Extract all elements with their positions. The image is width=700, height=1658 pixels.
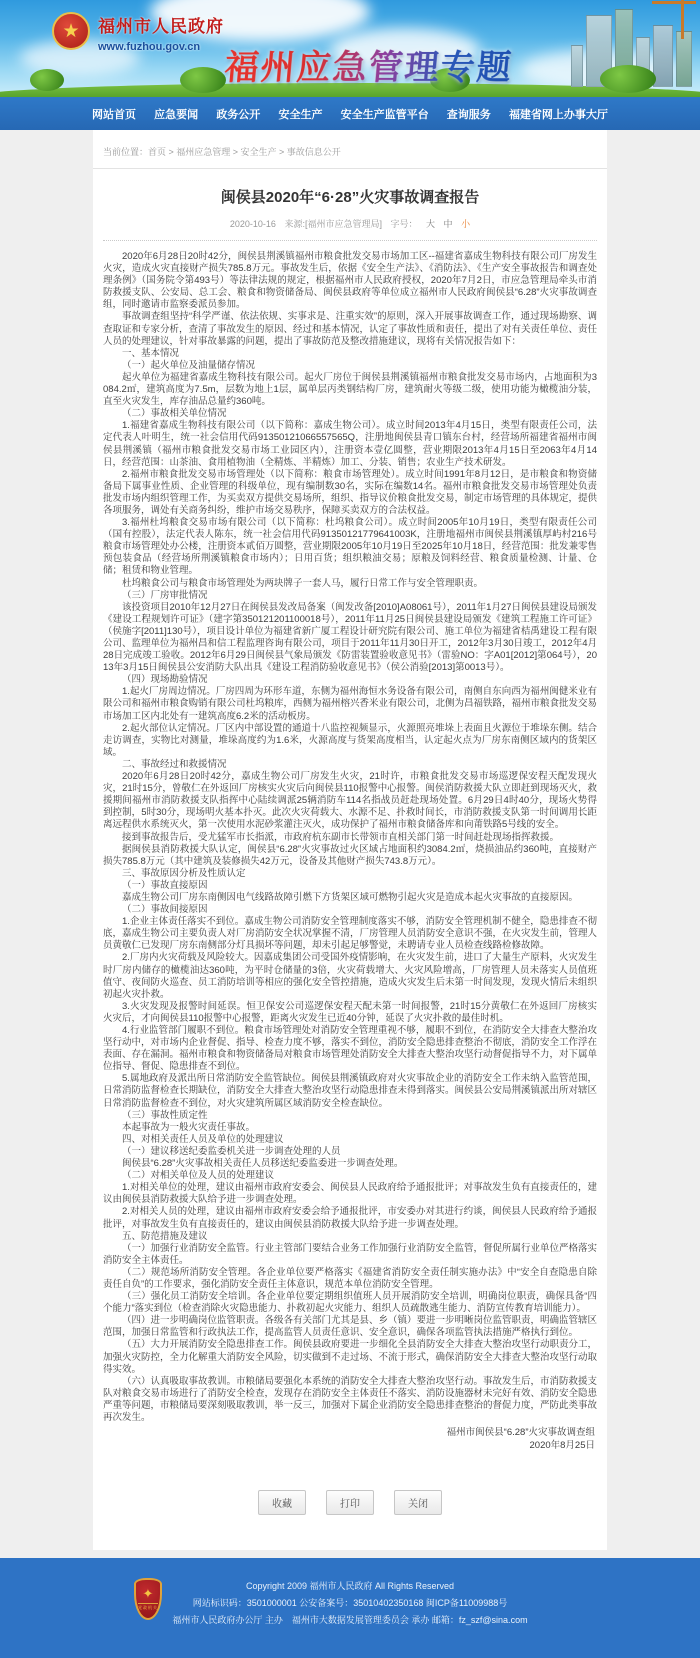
article-paragraph: 2.福州市粮食批发交易市场管理处（以下简称：粮食市场管理处）。成立时间1991年… (103, 469, 597, 517)
article-paragraph: 三、事故原因分析及性质认定 (103, 868, 597, 880)
nav-item[interactable]: 安全生产 (278, 106, 322, 122)
breadcrumb-path[interactable]: 首页 > 福州应急管理 > 安全生产 > 事故信息公开 (148, 147, 341, 157)
nav-item[interactable]: 政务公开 (216, 106, 260, 122)
signature-block: 福州市闽侯县“6.28”火灾事故调查组 2020年8月25日 (93, 1426, 607, 1452)
article-paragraph: 一、基本情况 (103, 348, 597, 360)
article-paragraph: （四）进一步明确岗位监管职责。各级各有关部门尤其是县、乡（镇）要进一步明晰岗位监… (103, 1315, 597, 1339)
nav-item[interactable]: 网站首页 (92, 106, 136, 122)
print-button[interactable]: 打印 (326, 1490, 374, 1515)
footer-organizer: 福州市人民政府办公厅 主办 福州市大数据发展管理委员会 承办 邮箱：fz_szf… (0, 1612, 700, 1629)
article-paragraph: 3.福州杜坞粮食交易市场有限公司（以下简称：杜坞粮食公司）。成立时间2005年1… (103, 517, 597, 577)
action-buttons: 收藏 打印 关闭 (93, 1490, 607, 1515)
article-paragraph: （二）事故相关单位情况 (103, 408, 597, 420)
construction-crane (650, 0, 696, 39)
tree-decoration (180, 67, 226, 93)
tree-decoration (600, 65, 656, 93)
gov-logo[interactable]: ★ 福州市人民政府 www.fuzhou.gov.cn (52, 12, 224, 53)
national-emblem-icon: ★ (52, 12, 90, 50)
page-footer: ✦ 党政机关 Copyright 2009 福州市人民政府 All Rights… (0, 1558, 700, 1658)
article-paragraph: 1.对相关单位的处理，建议由福州市政府安委会、闽侯县人民政府给予通报批评；对事故… (103, 1182, 597, 1206)
breadcrumb: 当前位置：首页 > 福州应急管理 > 安全生产 > 事故信息公开 (93, 130, 607, 169)
font-size-small-button[interactable]: 小 (461, 219, 470, 229)
font-size-label: 字号： (390, 219, 417, 229)
article-paragraph: （三）强化员工消防安全培训。各企业单位要定期组织值班人员开展消防安全培训，明确岗… (103, 1291, 597, 1315)
article-paragraph: 2.起火部位认定情况。厂区内中部设置的通道十八监控视频显示，火源照亮堆垛上表面且… (103, 723, 597, 759)
article-date: 2020-10-16 (230, 219, 276, 229)
article-meta: 2020-10-16 来源:[福州市应急管理局] 字号： 大 中 小 (103, 217, 597, 241)
article-paragraph: 2020年6月28日20时42分，嘉成生物公司厂房发生火灾，21时许，市粮食批发… (103, 771, 597, 831)
article-body: 2020年6月28日20时42分，闽侯县荆溪镇福州市粮食批发交易市场加工区--福… (93, 241, 607, 1424)
article-paragraph: （三）事故性质定性 (103, 1110, 597, 1122)
article-paragraph: 5.属地政府及派出所日常消防安全监管缺位。闽侯县荆溪镇政府对火灾事故企业的消防安… (103, 1073, 597, 1109)
article-paragraph: 1.企业主体责任落实不到位。嘉成生物公司消防安全管理制度落实不够，消防安全管理机… (103, 916, 597, 952)
article-paragraph: 起火单位为福建省嘉成生物科技有限公司。起火厂房位于闽侯县荆溪镇福州市粮食批发交易… (103, 372, 597, 408)
nav-item[interactable]: 安全生产监管平台 (341, 106, 429, 122)
gov-name: 福州市人民政府 (98, 12, 224, 37)
tree-decoration (30, 69, 64, 91)
nav-item[interactable]: 应急要闻 (154, 106, 198, 122)
nav-item[interactable]: 查询服务 (447, 106, 491, 122)
article-paragraph: （五）大力开展消防安全隐患排查工作。闽侯县政府要进一步细化全县消防安全大排查大整… (103, 1339, 597, 1375)
article-source: 来源:[福州市应急管理局] (284, 219, 382, 229)
signature-org: 福州市闽侯县“6.28”火灾事故调查组 (105, 1426, 595, 1439)
article-paragraph: 二、事故经过和救援情况 (103, 759, 597, 771)
main-nav: 网站首页 应急要闻 政务公开 安全生产 安全生产监管平台 查询服务 福建省网上办… (0, 97, 700, 130)
close-button[interactable]: 关闭 (394, 1490, 442, 1515)
article-paragraph: （二）对相关单位及人员的处理建议 (103, 1170, 597, 1182)
article-paragraph: 2020年6月28日20时42分，闽侯县荆溪镇福州市粮食批发交易市场加工区--福… (103, 251, 597, 311)
article-paragraph: 四、对相关责任人员及单位的处理建议 (103, 1134, 597, 1146)
article-paragraph: （一）加强行业消防安全监管。行业主管部门要结合业务工作加强行业消防安全监管，督促… (103, 1243, 597, 1267)
page-title: 闽侯县2020年“6·28”火灾事故调查报告 (101, 186, 599, 207)
article-paragraph: 据闽侯县消防救援大队认定，闽侯县“6.28”火灾事故过火区域占地面积约3084.… (103, 844, 597, 868)
font-size-medium-button[interactable]: 中 (444, 219, 453, 229)
article-paragraph: 1.起火厂房周边情况。厂房四周为环形车道，东侧为福州海恒水务设备有限公司，南侧自… (103, 686, 597, 722)
article-paragraph: （二）规范场所消防安全管理。各企业单位要严格落实《福建省消防安全责任制实施办法》… (103, 1267, 597, 1291)
content-card: 当前位置：首页 > 福州应急管理 > 安全生产 > 事故信息公开 闽侯县2020… (93, 130, 607, 1550)
article-paragraph: （六）认真吸取事故教训。市粮储局要强化本系统的消防安全大排查大整治攻坚行动。事故… (103, 1376, 597, 1424)
footer-record-numbers: 网站标识码：3501000001 公安备案号：35010402350168 闽I… (0, 1595, 700, 1612)
article-paragraph: 2.厂房内火灾荷载及风险较大。因嘉成集团公司受国外疫情影响，在火灾发生前，进口了… (103, 952, 597, 1000)
article-paragraph: 五、防范措施及建议 (103, 1231, 597, 1243)
signature-date: 2020年8月25日 (105, 1439, 595, 1452)
font-size-large-button[interactable]: 大 (426, 219, 435, 229)
gov-url: www.fuzhou.gov.cn (98, 41, 224, 53)
article-paragraph: 1.福建省嘉成生物科技有限公司（以下简称：嘉成生物公司）。成立时间2013年4月… (103, 420, 597, 468)
article-paragraph: （四）现场勘验情况 (103, 674, 597, 686)
article-paragraph: 接到事故报告后，受尤猛军市长指派，市政府杭东副市长带领市直相关部门第一时间赶赴现… (103, 832, 597, 844)
article-paragraph: 3.火灾发现及报警时间延误。恒卫保安公司巡逻保安程天配未第一时间报警，21时15… (103, 1001, 597, 1025)
article-paragraph: 该投资项目2010年12月27日在闽侯县发改局备案（闽发改备[2010]A080… (103, 602, 597, 675)
banner-title: 福州应急管理专题 (223, 40, 515, 89)
article-paragraph: 4.行业监管部门履职不到位。粮食市场管理处对消防安全管理重视不够，履职不到位，在… (103, 1025, 597, 1073)
favorite-button[interactable]: 收藏 (258, 1490, 306, 1515)
article-paragraph: （三）厂房审批情况 (103, 590, 597, 602)
article-paragraph: 本起事故为一般火灾责任事故。 (103, 1122, 597, 1134)
breadcrumb-label: 当前位置： (103, 147, 148, 157)
article-paragraph: （一）事故直接原因 (103, 880, 597, 892)
header-banner: ★ 福州市人民政府 www.fuzhou.gov.cn 福州应急管理专题 (0, 0, 700, 97)
article-paragraph: 嘉成生物公司厂房东南侧因电气线路故障引燃下方货架区域可燃物引起火灾是造成本起火灾… (103, 892, 597, 904)
nav-item[interactable]: 福建省网上办事大厅 (509, 106, 608, 122)
article-paragraph: （二）事故间接原因 (103, 904, 597, 916)
article-paragraph: （一）建议移送纪委监委机关进一步调查处理的人员 (103, 1146, 597, 1158)
article-paragraph: 杜坞粮食公司与粮食市场管理处为两块牌子一套人马，履行日常工作与安全管理职责。 (103, 578, 597, 590)
article-paragraph: 闽侯县“6.28”火灾事故相关责任人员移送纪委监委进一步调查处理。 (103, 1158, 597, 1170)
article-paragraph: （一）起火单位及油量储存情况 (103, 360, 597, 372)
article-paragraph: 事故调查组坚持“科学严谨、依法依规、实事求是、注重实效”的原则，深入开展事故调查… (103, 311, 597, 347)
gov-badge-text: 党政机关 (138, 1603, 158, 1611)
footer-copyright: Copyright 2009 福州市人民政府 All Rights Reserv… (0, 1578, 700, 1595)
article-paragraph: 2.对相关人员的处理，建议由福州市政府安委会给予通报批评，市安委办对其进行约谈，… (103, 1206, 597, 1230)
